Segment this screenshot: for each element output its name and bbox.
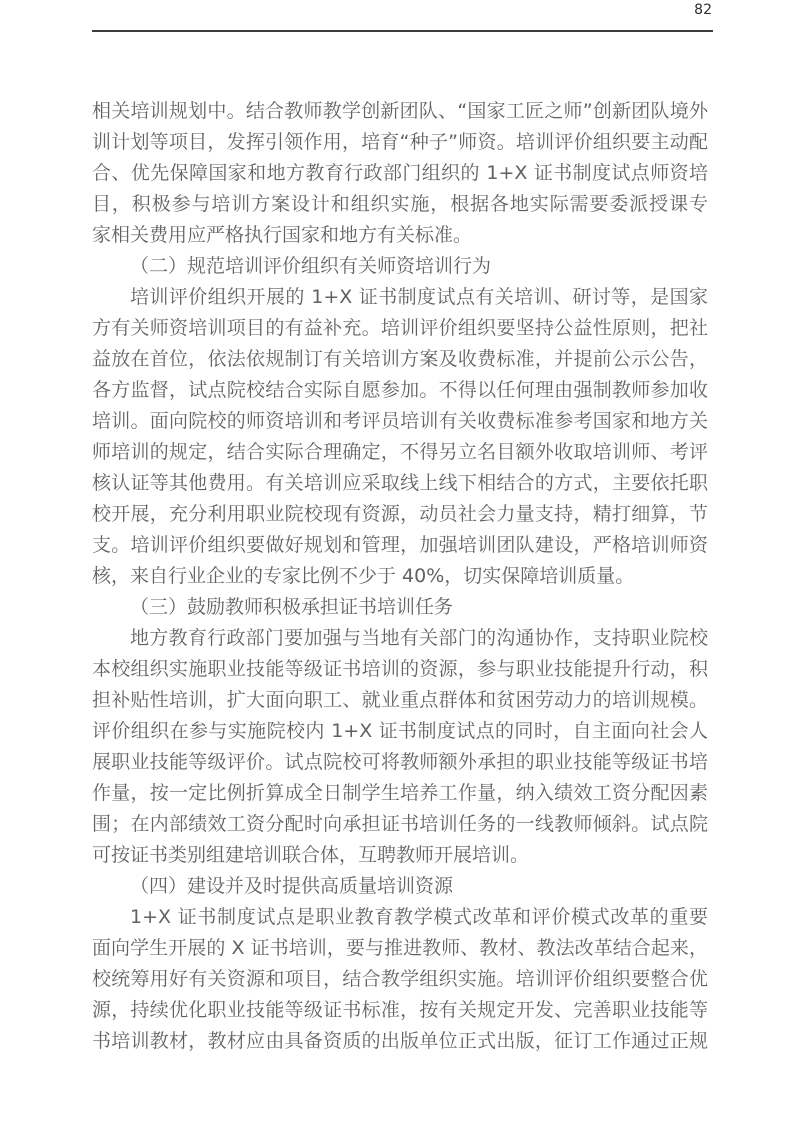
paragraph: 地方教育行政部门要加强与当地有关部门的沟通协作，支持职业院校用好本校组织实施职业… xyxy=(92,623,708,871)
text-line: 地方教育行政部门要加强与当地有关部门的沟通协作，支持职业院校用好 xyxy=(92,623,708,654)
paragraph: 相关培训规划中。结合教师教学创新团队、“国家工匠之师”创新团队境外培训计划等项目… xyxy=(92,96,708,251)
text-line: 本校组织实施职业技能等级证书培训的资源，参与职业技能提升行动，积极承 xyxy=(92,654,708,685)
text-line: 家相关费用应严格执行国家和地方有关标准。 xyxy=(92,220,708,251)
text-line: 围；在内部绩效工资分配时向承担证书培训任务的一线教师倾斜。试点院校间 xyxy=(92,809,708,840)
text-line: 培训评价组织开展的 1+X 证书制度试点有关培训、研讨等，是国家和地 xyxy=(92,282,708,313)
text-line: 可按证书类别组建培训联合体，互聘教师开展培训。 xyxy=(92,840,708,871)
page-number: 82 xyxy=(694,2,712,18)
text-line: 担补贴性培训，扩大面向职工、就业重点群体和贫困劳动力的培训规模。培训 xyxy=(92,685,708,716)
header-rule xyxy=(92,30,713,32)
paragraph: 培训评价组织开展的 1+X 证书制度试点有关培训、研讨等，是国家和地方有关师资培… xyxy=(92,282,708,592)
text-line: 1+X 证书制度试点是职业教育教学模式改革和评价模式改革的重要举措， xyxy=(92,902,708,933)
text-line: 方有关师资培训项目的有益补充。培训评价组织要坚持公益性原则，把社会效 xyxy=(92,313,708,344)
text-line: 核认证等其他费用。有关培训应采取线上线下相结合的方式，主要依托职业院 xyxy=(92,468,708,499)
text-line: 校开展，充分利用职业院校现有资源，动员社会力量支持，精打细算，节约开 xyxy=(92,499,708,530)
document-page: 82 相关培训规划中。结合教师教学创新团队、“国家工匠之师”创新团队境外培训计划… xyxy=(0,0,793,1122)
text-line: 校统筹用好有关资源和项目，结合教学组织实施。培训评价组织要整合优质资 xyxy=(92,964,708,995)
text-line: 合、优先保障国家和地方教育行政部门组织的 1+X 证书制度试点师资培训项 xyxy=(92,158,708,189)
text-line: 支。培训评价组织要做好规划和管理，加强培训团队建设，严格培训师资质审 xyxy=(92,530,708,561)
text-line: 各方监督，试点院校结合实际自愿参加。不得以任何理由强制教师参加收费性 xyxy=(92,375,708,406)
section-heading: （二）规范培训评价组织有关师资培训行为 xyxy=(92,251,708,282)
text-line: 益放在首位，依法依规制订有关培训方案及收费标准，并提前公示公告，接受 xyxy=(92,344,708,375)
text-line: 训计划等项目，发挥引领作用，培育“种子”师资。培训评价组织要主动配 xyxy=(92,127,708,158)
text-line: 展职业技能等级评价。试点院校可将教师额外承担的职业技能等级证书培训工 xyxy=(92,747,708,778)
text-line: 培训。面向院校的师资培训和考评员培训有关收费标准参考国家和地方关于教 xyxy=(92,406,708,437)
text-line: 评价组织在参与实施院校内 1+X 证书制度试点的同时，自主面向社会人员开 xyxy=(92,716,708,747)
text-line: 源，持续优化职业技能等级证书标准，按有关规定开发、完善职业技能等级证 xyxy=(92,995,708,1026)
text-line: （三）鼓励教师积极承担证书培训任务 xyxy=(92,592,708,623)
text-line: （四）建设并及时提供高质量培训资源 xyxy=(92,871,708,902)
text-line: 书培训教材，教材应由具备资质的出版单位正式出版，征订工作通过正规渠道 xyxy=(92,1026,708,1057)
text-line: 作量，按一定比例折算成全日制学生培养工作量，纳入绩效工资分配因素范 xyxy=(92,778,708,809)
text-line: 目，积极参与培训方案设计和组织实施，根据各地实际需要委派授课专家，专 xyxy=(92,189,708,220)
document-body: 相关培训规划中。结合教师教学创新团队、“国家工匠之师”创新团队境外培训计划等项目… xyxy=(92,96,708,1057)
paragraph: 1+X 证书制度试点是职业教育教学模式改革和评价模式改革的重要举措，面向学生开展… xyxy=(92,902,708,1057)
text-line: 相关培训规划中。结合教师教学创新团队、“国家工匠之师”创新团队境外培 xyxy=(92,96,708,127)
text-line: 面向学生开展的 X 证书培训，要与推进教师、教材、教法改革结合起来，由学 xyxy=(92,933,708,964)
text-line: 核，来自行业企业的专家比例不少于 40%，切实保障培训质量。 xyxy=(92,561,708,592)
text-line: （二）规范培训评价组织有关师资培训行为 xyxy=(92,251,708,282)
section-heading: （三）鼓励教师积极承担证书培训任务 xyxy=(92,592,708,623)
section-heading: （四）建设并及时提供高质量培训资源 xyxy=(92,871,708,902)
text-line: 师培训的规定，结合实际合理确定，不得另立名目额外收取培训师、考评员考 xyxy=(92,437,708,468)
